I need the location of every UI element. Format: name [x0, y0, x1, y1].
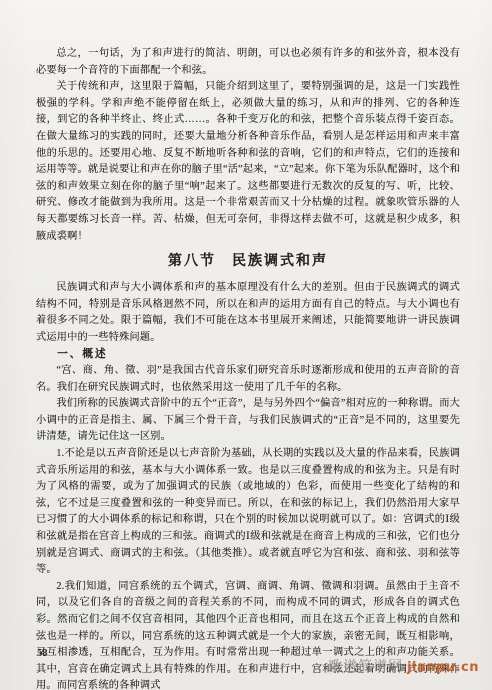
- body-paragraph: 1.不论是以五声音阶还是以七声音阶为基础，从长期的实践以及大量的作品来看，民族调…: [36, 446, 460, 579]
- body-paragraph: “宫、商、角、徵、羽”是我国古代音乐家们研究音乐时逐渐形成和使用的五声音阶的音名…: [36, 363, 460, 396]
- subsection-heading: 一、概述: [36, 347, 460, 364]
- body-paragraph: 总之，一句话，为了和声进行的简洁、明朗，可以也必须有许多的和弦外音，根本没有必要…: [36, 46, 460, 79]
- watermark-site-url: jianpu.cn: [407, 660, 479, 675]
- scanned-book-page: 总之，一句话，为了和声进行的简洁、明朗，可以也必须有许多的和弦外音，根本没有必要…: [0, 0, 492, 690]
- watermark: 歌谱简谱网jianpu.cn: [328, 659, 479, 677]
- page-number: 58: [37, 648, 48, 659]
- body-paragraph: 民族调式和声与大小调体系和声的基本原理没有什么大的差别。但由于民族调式的调式结构…: [36, 280, 460, 346]
- page-body: 总之，一句话，为了和声进行的简洁、明朗，可以也必须有许多的和弦外音，根本没有必要…: [36, 46, 460, 690]
- body-paragraph: 我们所称的民族调式音阶中的五个“正音”，是与另外四个“偏音”相对应的一种称谓。而…: [36, 396, 460, 446]
- body-paragraph: 关于传统和声，这里限于篇幅，只能介绍到这里了，要特别强调的是，这是一门实践性极强…: [36, 79, 460, 245]
- watermark-site-name: 歌谱简谱网: [328, 660, 403, 675]
- section-heading: 第八节 民族调式和声: [36, 252, 460, 272]
